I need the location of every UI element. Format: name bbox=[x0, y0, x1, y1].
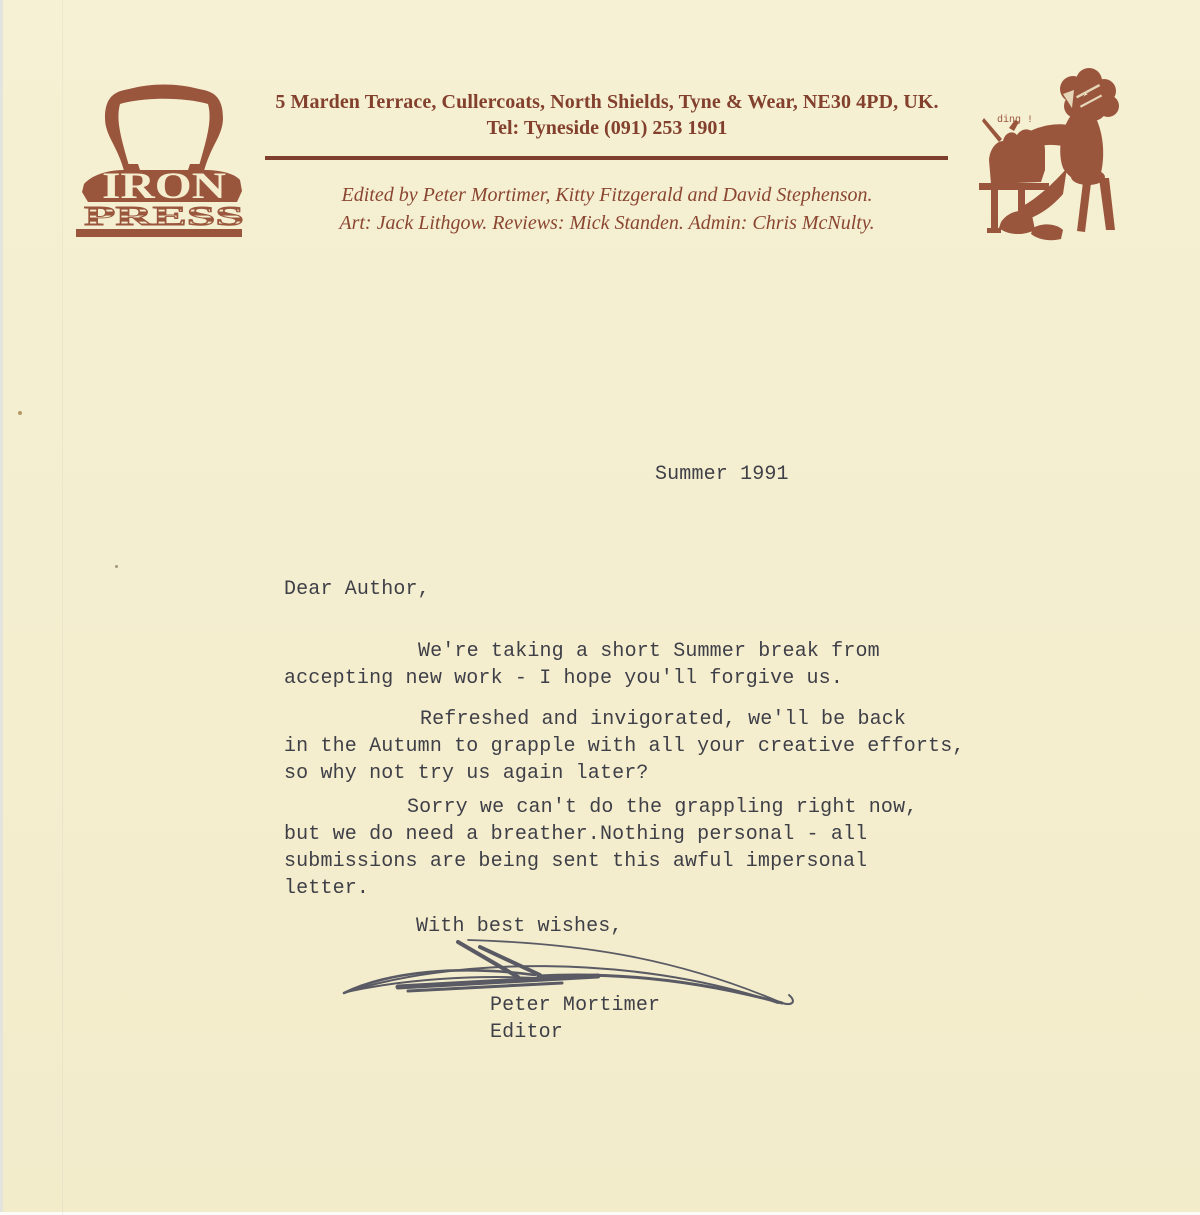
letter-page: IRON PRESS 5 Marden Terrace, Cullercoats… bbox=[0, 0, 1200, 1215]
salutation-line: Dear Author, bbox=[284, 578, 430, 601]
body-line: accepting new work - I hope you'll forgi… bbox=[284, 667, 843, 690]
body-line: submissions are being sent this awful im… bbox=[284, 850, 867, 873]
signer-name: Peter Mortimer bbox=[490, 994, 660, 1017]
letterhead-telephone: Tel: Tyneside (091) 253 1901 bbox=[265, 117, 949, 140]
iron-handle bbox=[105, 85, 223, 174]
iron-logo-underbar bbox=[76, 229, 242, 237]
body-line: in the Autumn to grapple with all your c… bbox=[284, 735, 965, 758]
closing-line: With best wishes, bbox=[416, 915, 623, 938]
letterhead-text-block: 5 Marden Terrace, Cullercoats, North Shi… bbox=[265, 88, 949, 140]
letterhead-credits-line2: Art: Jack Lithgow. Reviews: Mick Standen… bbox=[265, 212, 949, 235]
body-line: We're taking a short Summer break from bbox=[418, 640, 880, 663]
letterhead-address: 5 Marden Terrace, Cullercoats, North Shi… bbox=[265, 88, 949, 116]
typist-illustration-icon: ding ! bbox=[975, 62, 1145, 242]
ding-caption: ding ! bbox=[997, 114, 1033, 126]
letterhead-rule bbox=[265, 156, 948, 160]
body-line: so why not try us again later? bbox=[284, 762, 649, 785]
body-line: Sorry we can't do the grappling right no… bbox=[407, 796, 917, 819]
body-line: but we do need a breather.Nothing person… bbox=[284, 823, 867, 846]
paper-speck bbox=[115, 565, 118, 568]
body-line: letter. bbox=[284, 877, 369, 900]
scan-edge-left bbox=[0, 0, 3, 1215]
body-line: Refreshed and invigorated, we'll be back bbox=[420, 708, 906, 731]
paper-crease bbox=[62, 0, 64, 1215]
date-line: Summer 1991 bbox=[655, 463, 789, 486]
paper-speck bbox=[18, 411, 22, 415]
signer-title: Editor bbox=[490, 1021, 563, 1044]
letterhead-credits-line1: Edited by Peter Mortimer, Kitty Fitzgera… bbox=[265, 184, 949, 207]
iron-logo-word-press: PRESS bbox=[84, 201, 244, 231]
iron-press-logo-icon: IRON PRESS bbox=[74, 80, 254, 240]
